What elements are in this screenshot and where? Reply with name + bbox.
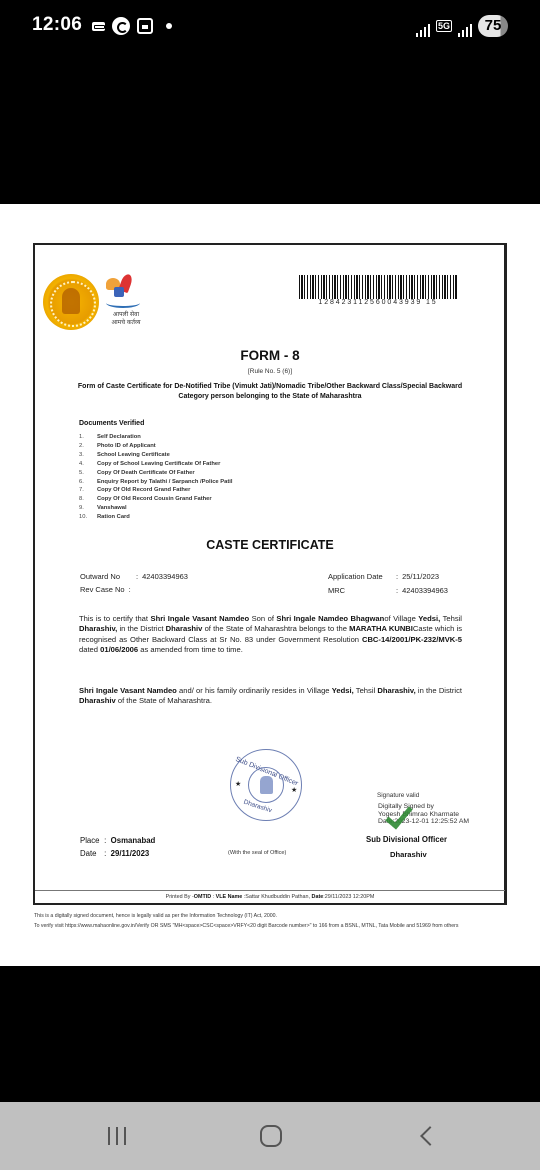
voicemail-icon <box>92 22 105 31</box>
legal-validity-note: This is a digitally signed document, hen… <box>34 912 514 922</box>
form-subtitle: Form of Caste Certificate for De-Notifie… <box>70 382 470 402</box>
list-item: 10.Ration Card <box>79 513 233 522</box>
status-bar: 12:06 5G 75 <box>0 0 540 56</box>
back-icon <box>420 1126 440 1146</box>
outward-number: Outward No:42403394963 <box>80 572 188 581</box>
application-date: Application Date:25/11/2023 <box>328 572 439 581</box>
place: Place : Osmanabad <box>80 836 155 845</box>
clock: 12:06 <box>32 14 82 36</box>
home-icon <box>260 1125 282 1147</box>
system-icons: 5G 75 <box>416 15 508 37</box>
back-button[interactable] <box>410 1120 442 1152</box>
star-icon: ★ <box>291 786 297 794</box>
barcode-icon <box>299 275 457 299</box>
form-title: FORM - 8 <box>0 348 540 363</box>
notification-icons <box>92 17 172 35</box>
whatsapp-icon <box>112 17 130 35</box>
network-type-badge: 5G <box>436 20 452 32</box>
list-item: 2.Photo ID of Applicant <box>79 442 233 451</box>
certification-paragraph: This is to certify that Shri Ingale Vasa… <box>79 614 462 655</box>
printed-by: Printed By -OMTID : VLE Name :Sattar Khu… <box>0 894 540 900</box>
documents-verified-list: 1.Self Declaration 2.Photo ID of Applica… <box>79 433 233 522</box>
officer-place: Dharashiv <box>390 850 427 859</box>
list-item: 4.Copy of School Leaving Certificate Of … <box>79 460 233 469</box>
list-item: 7.Copy Of Old Record Grand Father <box>79 486 233 495</box>
residence-paragraph: Shri Ingale Vasant Namdeo and/ or his fa… <box>79 686 462 707</box>
ashoka-emblem-icon <box>260 776 273 794</box>
document-viewer[interactable]: आपली सेवा आमचे कर्तव्य 12842311256004393… <box>0 204 540 966</box>
battery-indicator: 75 <box>478 15 508 37</box>
star-icon: ★ <box>235 780 241 788</box>
screenshot-icon <box>137 18 153 34</box>
list-item: 8.Copy Of Old Record Cousin Grand Father <box>79 495 233 504</box>
seal-note: (With the seal of Office) <box>228 850 286 856</box>
seal-inner-ring <box>248 767 284 803</box>
more-notifications-dot <box>166 23 172 29</box>
recent-apps-button[interactable] <box>102 1120 132 1152</box>
maharashtra-emblem-icon <box>43 274 99 330</box>
certificate-title: CASTE CERTIFICATE <box>0 538 540 552</box>
signal-icon <box>416 23 430 37</box>
recent-apps-icon <box>108 1127 110 1145</box>
barcode-number: 128423112560043939 15 <box>299 299 457 306</box>
list-item: 3.School Leaving Certificate <box>79 451 233 460</box>
rule-number: [Rule No. 5 (6)] <box>0 368 540 375</box>
aaple-sarkar-logo-icon: आपली सेवा आमचे कर्तव्य <box>104 274 144 332</box>
officer-title: Sub Divisional Officer <box>366 835 447 844</box>
list-item: 5.Copy Of Death Certificate Of Father <box>79 469 233 478</box>
documents-verified-heading: Documents Verified <box>79 420 144 427</box>
navigation-bar <box>0 1102 540 1170</box>
office-seal: Sub Divisional Officer ★ ★ Dharashiv <box>230 749 302 821</box>
signal-icon-secondary <box>458 23 472 37</box>
verification-instructions: To verify visit https://www.mahaonline.g… <box>34 922 514 932</box>
list-item: 9.Vanshawal <box>79 504 233 513</box>
mrc-number: MRC:42403394963 <box>328 586 448 595</box>
list-item: 1.Self Declaration <box>79 433 233 442</box>
rev-case-number: Rev Case No: <box>80 585 135 594</box>
signature-status: Signature valid <box>377 792 419 799</box>
list-item: 6.Enquiry Report by Talathi / Sarpanch /… <box>79 478 233 487</box>
divider <box>35 890 505 891</box>
issue-date: Date : 29/11/2023 <box>80 849 149 858</box>
home-button[interactable] <box>255 1120 287 1152</box>
logo-tagline: आपली सेवा आमचे कर्तव्य <box>104 311 148 327</box>
